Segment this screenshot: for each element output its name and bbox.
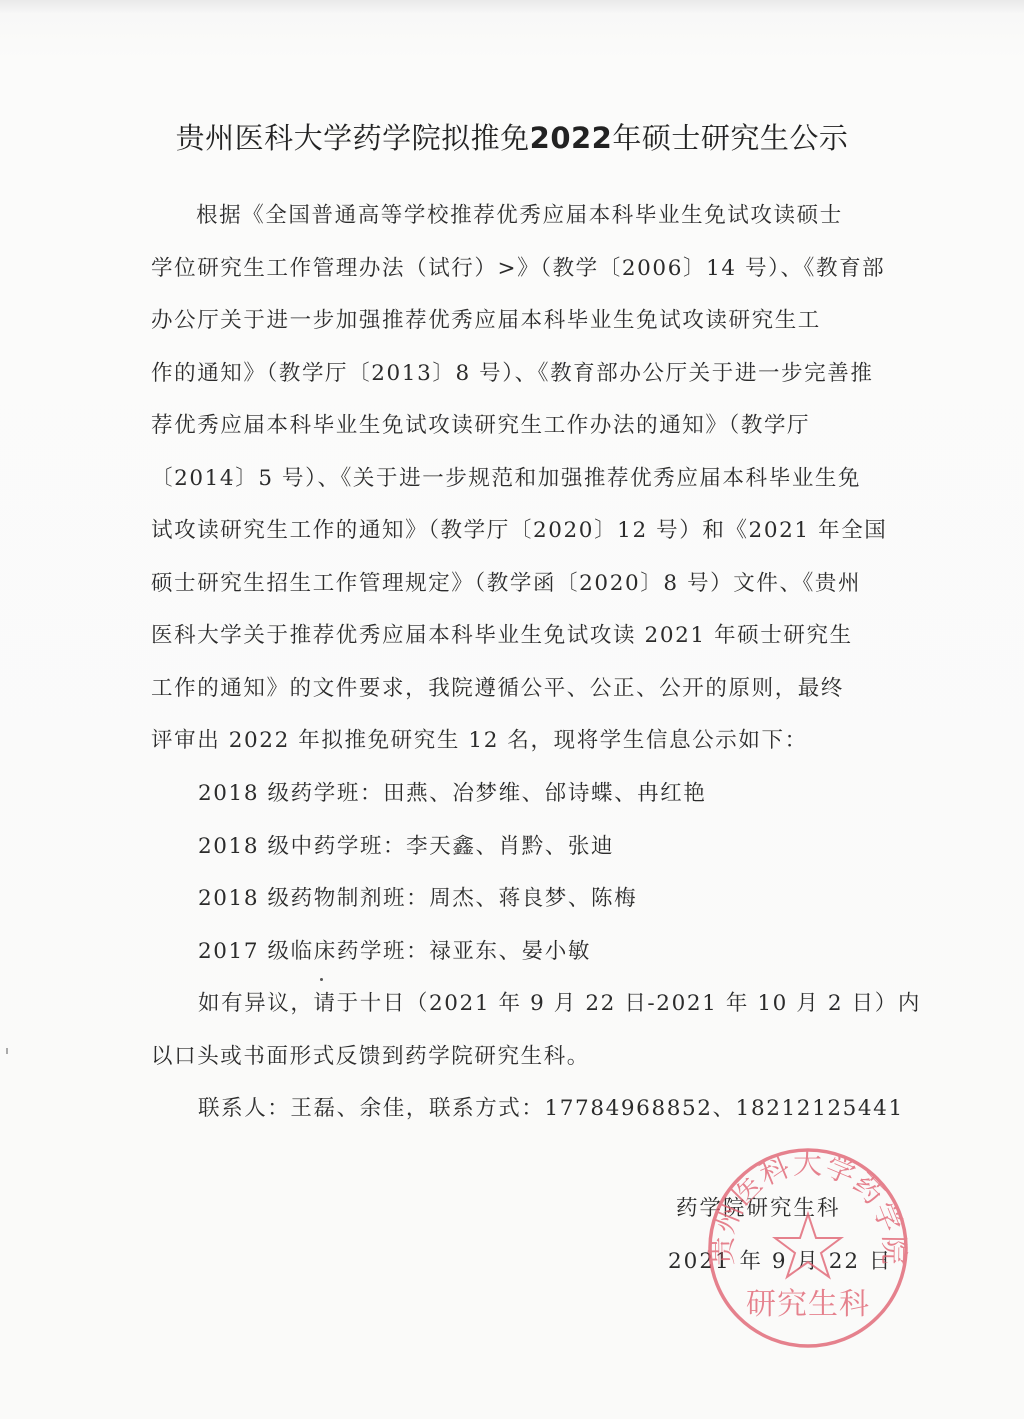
contact-info: 联系人：王磊、余佳，联系方式：17784968852、18212125441 <box>198 1083 904 1136</box>
paragraph-line: 硕士研究生招生工作管理规定》（教学函〔2020〕8 号）文件、《贵州 <box>151 558 851 611</box>
class-label: 2017 级临床药学班： <box>198 939 429 964</box>
class-row: 2018 级药学班：田燕、冶梦维、邰诗蝶、冉红艳 <box>198 768 706 821</box>
title-suffix: 年硕士研究生公示 <box>612 121 848 155</box>
stamp-bottom-text: 研究生科 <box>746 1287 870 1322</box>
main-paragraph: 根据《全国普通高等学校推荐优秀应届本科毕业生免试攻读硕士 学位研究生工作管理办法… <box>151 190 851 768</box>
class-students: 周杰、蒋良梦、陈梅 <box>429 886 637 911</box>
class-label: 2018 级中药学班： <box>198 834 406 859</box>
class-students: 田燕、冶梦维、邰诗蝶、冉红艳 <box>383 781 706 806</box>
paragraph-line: 办公厅关于进一步加强推荐优秀应届本科毕业生免试攻读研究生工 <box>151 295 851 348</box>
paragraph-line: 〔2014〕5 号）、《关于进一步规范和加强推荐优秀应届本科毕业生免 <box>151 453 851 506</box>
class-students: 李天鑫、肖黔、张迪 <box>406 834 614 859</box>
official-seal-stamp-icon: 贵州医科大学药学院 研究生科 <box>706 1146 910 1350</box>
scan-speck <box>320 978 323 981</box>
scan-edge-mark <box>6 1048 8 1054</box>
student-class-list: 2018 级药学班：田燕、冶梦维、邰诗蝶、冉红艳 2018 级中药学班：李天鑫、… <box>198 768 706 978</box>
paragraph-line: 作的通知》（教学厅〔2013〕8 号）、《教育部办公厅关于进一步完善推 <box>151 348 851 401</box>
paragraph-line: 学位研究生工作管理办法（试行）>》（教学〔2006〕14 号）、《教育部 <box>151 243 851 296</box>
paragraph-line: 根据《全国普通高等学校推荐优秀应届本科毕业生免试攻读硕士 <box>151 190 851 243</box>
objection-notice: 如有异议，请于十日（2021 年 9 月 22 日-2021 年 10 月 2 … <box>151 978 851 1083</box>
stamp-ring-text: 贵州医科大学药学院 <box>706 1147 910 1266</box>
objection-line: 以口头或书面形式反馈到药学院研究生科。 <box>151 1031 851 1084</box>
title-prefix: 贵州医科大学药学院拟推免 <box>176 121 530 155</box>
class-row: 2017 级临床药学班：禄亚东、晏小敏 <box>198 926 706 979</box>
class-row: 2018 级中药学班：李天鑫、肖黔、张迪 <box>198 821 706 874</box>
class-label: 2018 级药物制剂班： <box>198 886 429 911</box>
objection-line: 如有异议，请于十日（2021 年 9 月 22 日-2021 年 10 月 2 … <box>151 978 851 1031</box>
class-label: 2018 级药学班： <box>198 781 383 806</box>
class-students: 禄亚东、晏小敏 <box>429 939 591 964</box>
paragraph-line: 试攻读研究生工作的通知》（教学厅〔2020〕12 号）和《2021 年全国 <box>151 505 851 558</box>
class-row: 2018 级药物制剂班：周杰、蒋良梦、陈梅 <box>198 873 706 926</box>
svg-text:贵州医科大学药学院: 贵州医科大学药学院 <box>706 1147 910 1266</box>
scanned-document-page: 贵州医科大学药学院拟推免2022年硕士研究生公示 根据《全国普通高等学校推荐优秀… <box>0 0 1024 1419</box>
paragraph-line: 工作的通知》的文件要求，我院遵循公平、公正、公开的原则，最终 <box>151 663 851 716</box>
paragraph-line: 评审出 2022 年拟推免研究生 12 名，现将学生信息公示如下： <box>151 715 851 768</box>
paragraph-line: 医科大学关于推荐优秀应届本科毕业生免试攻读 2021 年硕士研究生 <box>151 610 851 663</box>
document-title: 贵州医科大学药学院拟推免2022年硕士研究生公示 <box>0 116 1024 157</box>
title-year: 2022 <box>530 121 613 155</box>
paragraph-line: 荐优秀应届本科毕业生免试攻读研究生工作办法的通知》（教学厅 <box>151 400 851 453</box>
